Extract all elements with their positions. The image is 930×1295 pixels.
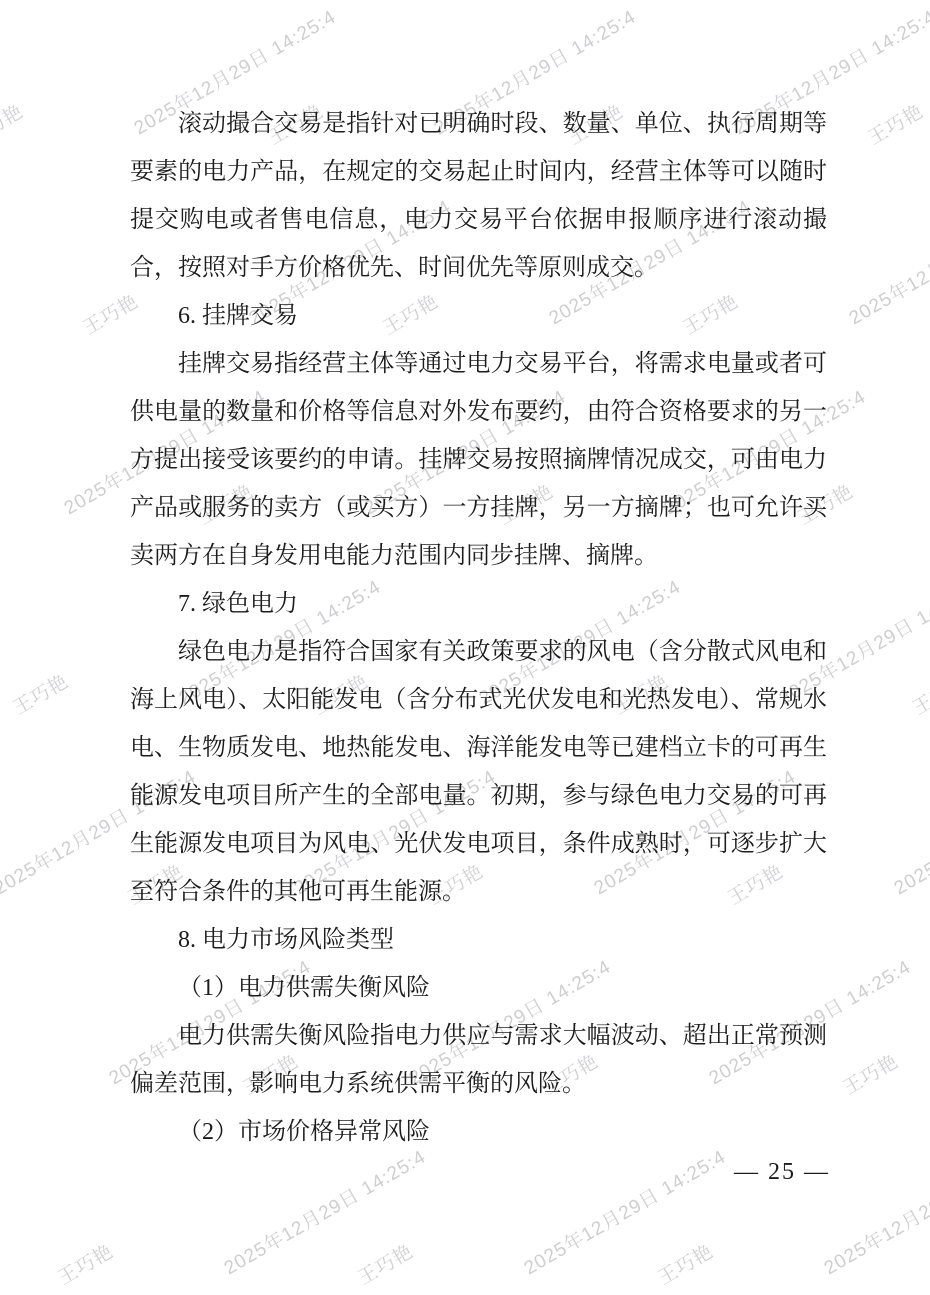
watermark-text: 王巧艳 [0, 97, 28, 150]
heading-listing-trade: 6. 挂牌交易 [130, 292, 827, 340]
watermark-text: 王巧艳 [7, 667, 72, 720]
paragraph-listing-trade: 挂牌交易指经营主体等通过电力交易平台，将需求电量或者可供电量的数量和价格等信息对… [130, 340, 827, 580]
watermark-text: 王巧艳 [907, 667, 930, 720]
heading-market-risk-types: 8. 电力市场风险类型 [130, 916, 827, 964]
watermark-text: 王巧艳 [862, 97, 927, 150]
watermark-text: 王巧艳 [652, 1237, 717, 1290]
watermark-text: 王巧艳 [352, 1237, 417, 1290]
subheading-supply-demand-risk: （1）电力供需失衡风险 [130, 964, 827, 1012]
watermark-text: 2025年12月29日 14:25:4 [888, 762, 930, 900]
document-page: 王巧艳2025年12月29日 14:25:4王巧艳2025年12月29日 14:… [0, 0, 930, 1295]
subheading-price-anomaly-risk: （2）市场价格异常风险 [130, 1108, 827, 1156]
document-content: 滚动撮合交易是指针对已明确时段、数量、单位、执行周期等要素的电力产品，在规定的交… [130, 100, 827, 1156]
watermark-text: 2025年12月29日 14:25:4 [843, 192, 930, 330]
paragraph-green-power: 绿色电力是指符合国家有关政策要求的风电（含分散式风电和海上风电）、太阳能发电（含… [130, 628, 827, 916]
paragraph-supply-demand-risk: 电力供需失衡风险指电力供应与需求大幅波动、超出正常预测偏差范围，影响电力系统供需… [130, 1012, 827, 1108]
heading-green-power: 7. 绿色电力 [130, 580, 827, 628]
watermark-text: 王巧艳 [0, 1047, 3, 1100]
watermark-text: 2025年12月29日 14:25:4 [218, 1142, 430, 1280]
watermark-text: 王巧艳 [52, 1237, 117, 1290]
watermark-text: 王巧艳 [837, 1047, 902, 1100]
watermark-text: 2025年12月29日 14:25:4 [818, 1142, 930, 1280]
page-number: — 25 — [734, 1148, 830, 1196]
watermark-text: 2025年12月29日 14:25:4 [518, 1142, 730, 1280]
paragraph-rolling-match: 滚动撮合交易是指针对已明确时段、数量、单位、执行周期等要素的电力产品，在规定的交… [130, 100, 827, 292]
